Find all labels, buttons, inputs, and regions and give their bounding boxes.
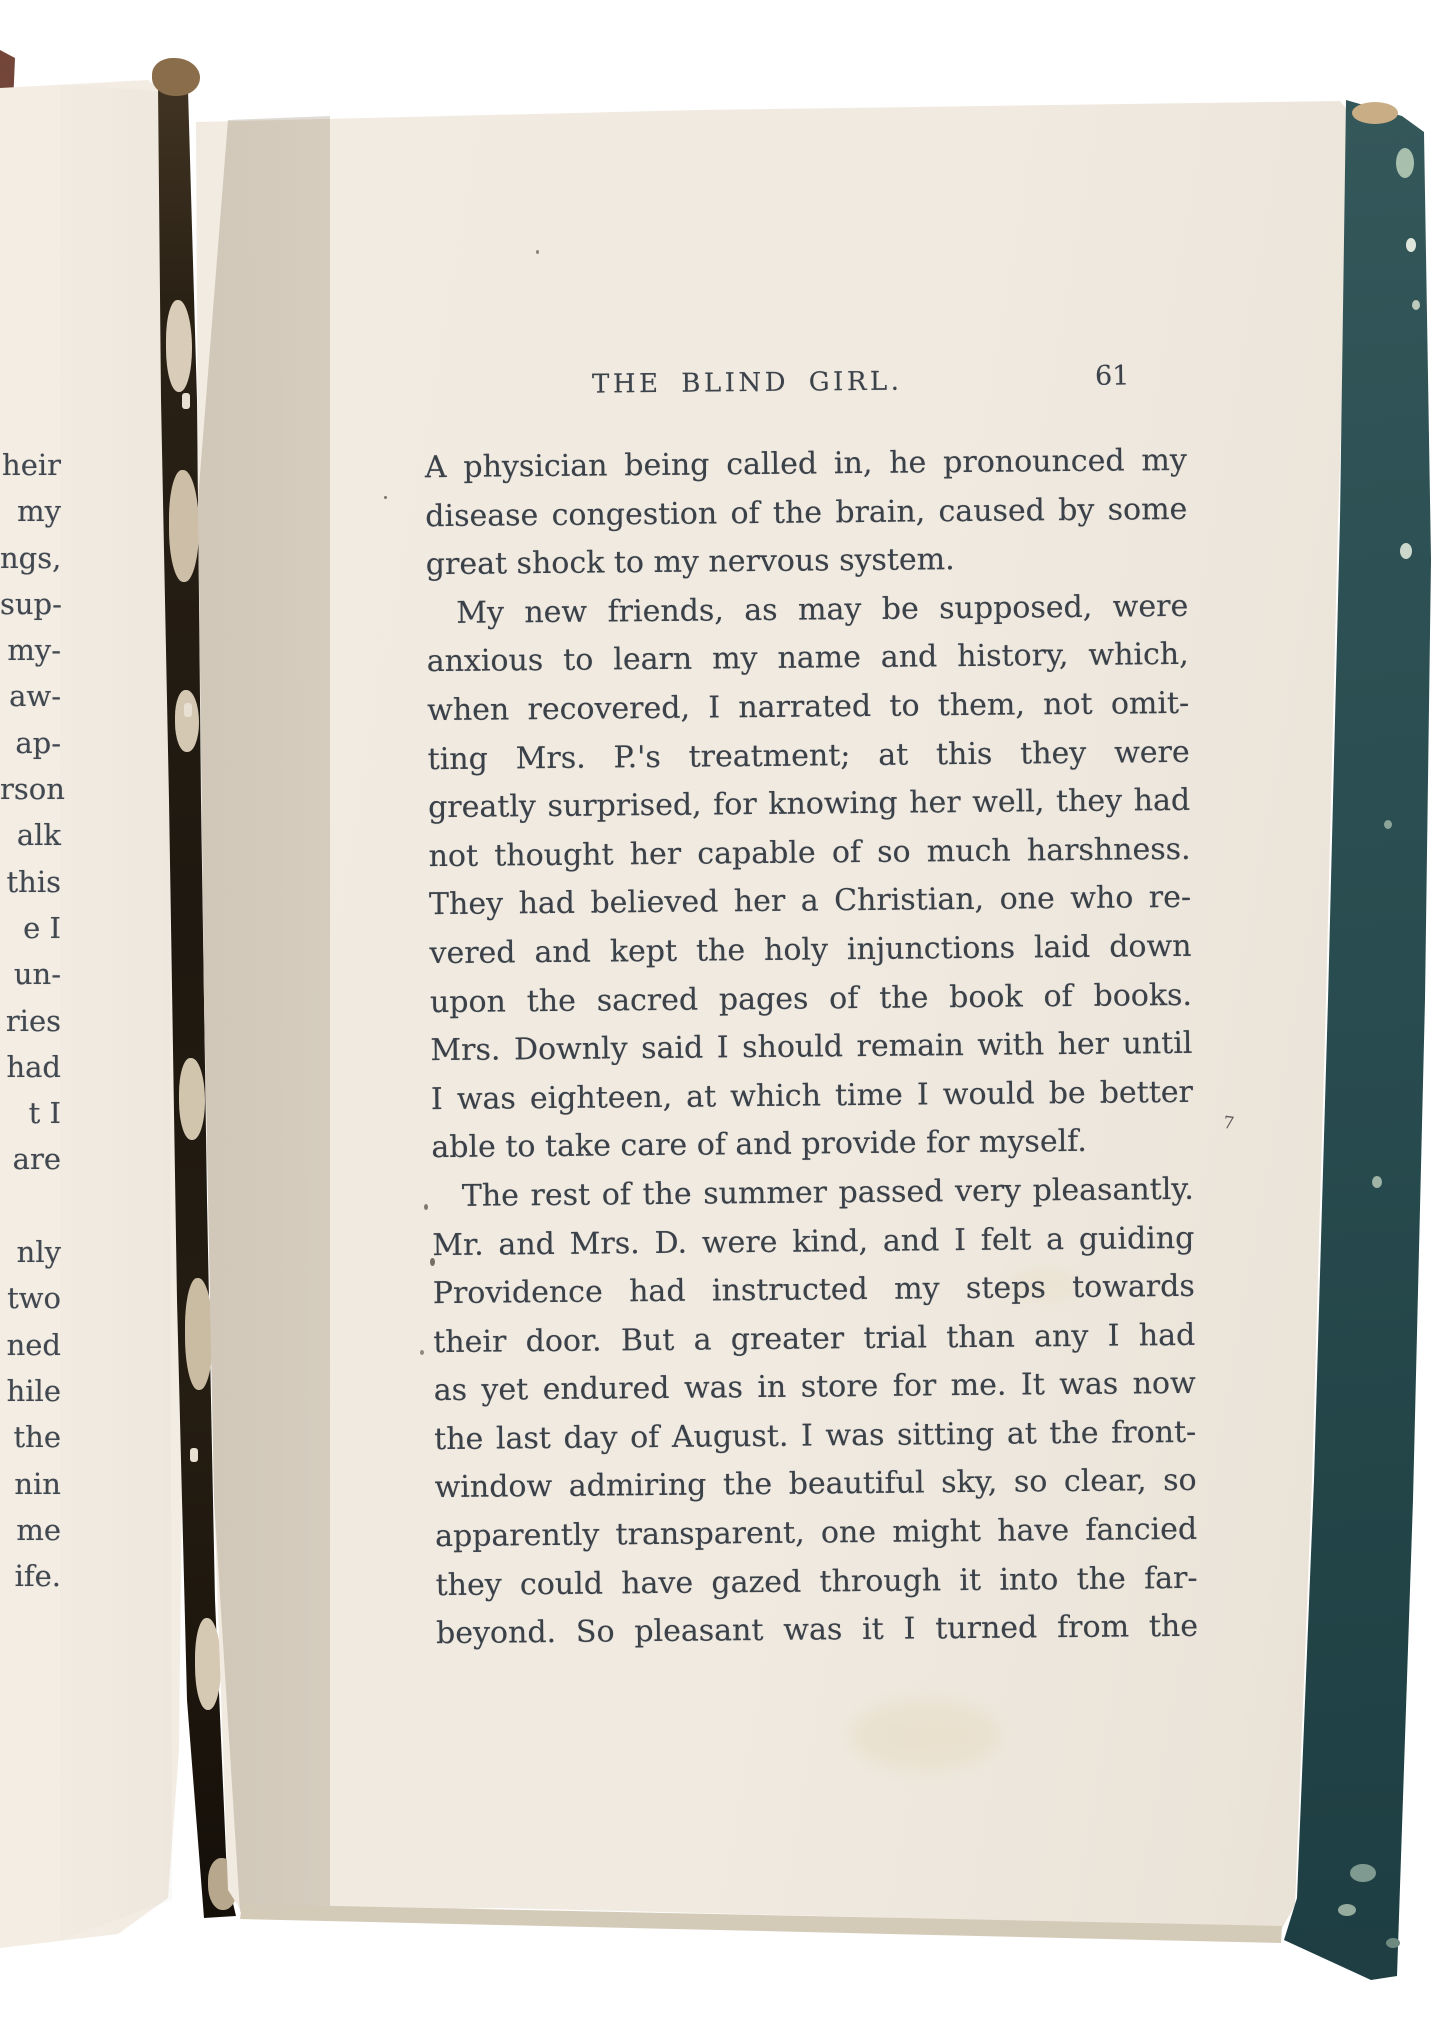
stray-print-mark: 7 bbox=[1222, 1113, 1235, 1134]
text-fragment: this bbox=[0, 859, 61, 905]
text-fragment: t I bbox=[0, 1090, 61, 1136]
text-fragment: heir bbox=[0, 442, 61, 488]
text-line: My new friends, as may be supposed, were bbox=[426, 583, 1188, 639]
text-fragment: my bbox=[0, 488, 61, 534]
text-fragment: ap- bbox=[0, 720, 61, 766]
text-fragment: hile bbox=[0, 1368, 61, 1414]
text-line: when recovered, I narrated to them, not … bbox=[427, 680, 1189, 736]
text-line: able to take care of and provide for mys… bbox=[431, 1117, 1193, 1173]
text-fragment: my- bbox=[0, 627, 61, 673]
text-fragment: alk bbox=[0, 812, 61, 858]
text-line: greatly surprised, for knowing her well,… bbox=[428, 777, 1190, 833]
text-line: beyond. So pleasant was it I turned from… bbox=[436, 1603, 1198, 1659]
printed-content: THE BLIND GIRL. 61 A physician being cal… bbox=[0, 0, 1445, 2023]
page-number: 61 bbox=[1095, 360, 1130, 391]
running-header: THE BLIND GIRL. bbox=[592, 367, 903, 400]
text-line: great shock to my nervous system. bbox=[426, 534, 1188, 590]
text-fragment: nly bbox=[0, 1229, 61, 1275]
text-line: Providence had instructed my steps towar… bbox=[433, 1263, 1195, 1319]
text-line: window admiring the beautiful sky, so cl… bbox=[434, 1457, 1196, 1513]
text-fragment: rson bbox=[0, 766, 61, 812]
text-line: I was eighteen, at which time I would be… bbox=[431, 1069, 1193, 1125]
text-fragment: had bbox=[0, 1044, 61, 1090]
text-line: disease congestion of the brain, caused … bbox=[425, 485, 1187, 541]
text-line: They had believed her a Christian, one w… bbox=[429, 874, 1191, 930]
text-fragment: ngs, bbox=[0, 535, 61, 581]
text-fragment: me bbox=[0, 1507, 61, 1553]
text-fragment: un- bbox=[0, 951, 61, 997]
text-line: A physician being called in, he pronounc… bbox=[425, 437, 1187, 493]
text-line: not thought her capable of so much harsh… bbox=[428, 826, 1190, 882]
text-fragment: the bbox=[0, 1414, 61, 1460]
body-text: A physician being called in, he pronounc… bbox=[425, 437, 1199, 1659]
text-line: ting Mrs. P.'s treatment; at this they w… bbox=[427, 728, 1189, 784]
text-line: The rest of the summer passed very pleas… bbox=[432, 1166, 1194, 1222]
text-fragment: ries bbox=[0, 998, 61, 1044]
text-line: as yet endured was in store for me. It w… bbox=[434, 1360, 1196, 1416]
text-line: vered and kept the holy injunctions laid… bbox=[429, 923, 1191, 979]
left-page-paragraph-gap bbox=[0, 1183, 61, 1229]
text-line: upon the sacred pages of the book of boo… bbox=[430, 971, 1192, 1027]
text-fragment: ned bbox=[0, 1322, 61, 1368]
text-fragment: nin bbox=[0, 1461, 61, 1507]
text-line: Mrs. Downly said I should remain with he… bbox=[430, 1020, 1192, 1076]
text-fragment: two bbox=[0, 1275, 61, 1321]
text-line: anxious to learn my name and history, wh… bbox=[427, 631, 1189, 687]
text-line: apparently transparent, one might have f… bbox=[435, 1506, 1197, 1562]
book-photo: THE BLIND GIRL. 61 A physician being cal… bbox=[0, 0, 1445, 2023]
text-line: they could have gazed through it into th… bbox=[435, 1554, 1197, 1610]
text-fragment: ife. bbox=[0, 1553, 61, 1599]
text-line: the last day of August. I was sitting at… bbox=[434, 1409, 1196, 1465]
text-fragment: sup- bbox=[0, 581, 61, 627]
text-fragment: are bbox=[0, 1136, 61, 1182]
text-fragment: aw- bbox=[0, 673, 61, 719]
text-line: Mr. and Mrs. D. were kind, and I felt a … bbox=[432, 1214, 1194, 1270]
text-line: their door. But a greater trial than any… bbox=[433, 1312, 1195, 1368]
left-page-text-fragments: heir my ngs, sup- my- aw- ap- rson alk t… bbox=[0, 442, 61, 1599]
text-fragment: e I bbox=[0, 905, 61, 951]
